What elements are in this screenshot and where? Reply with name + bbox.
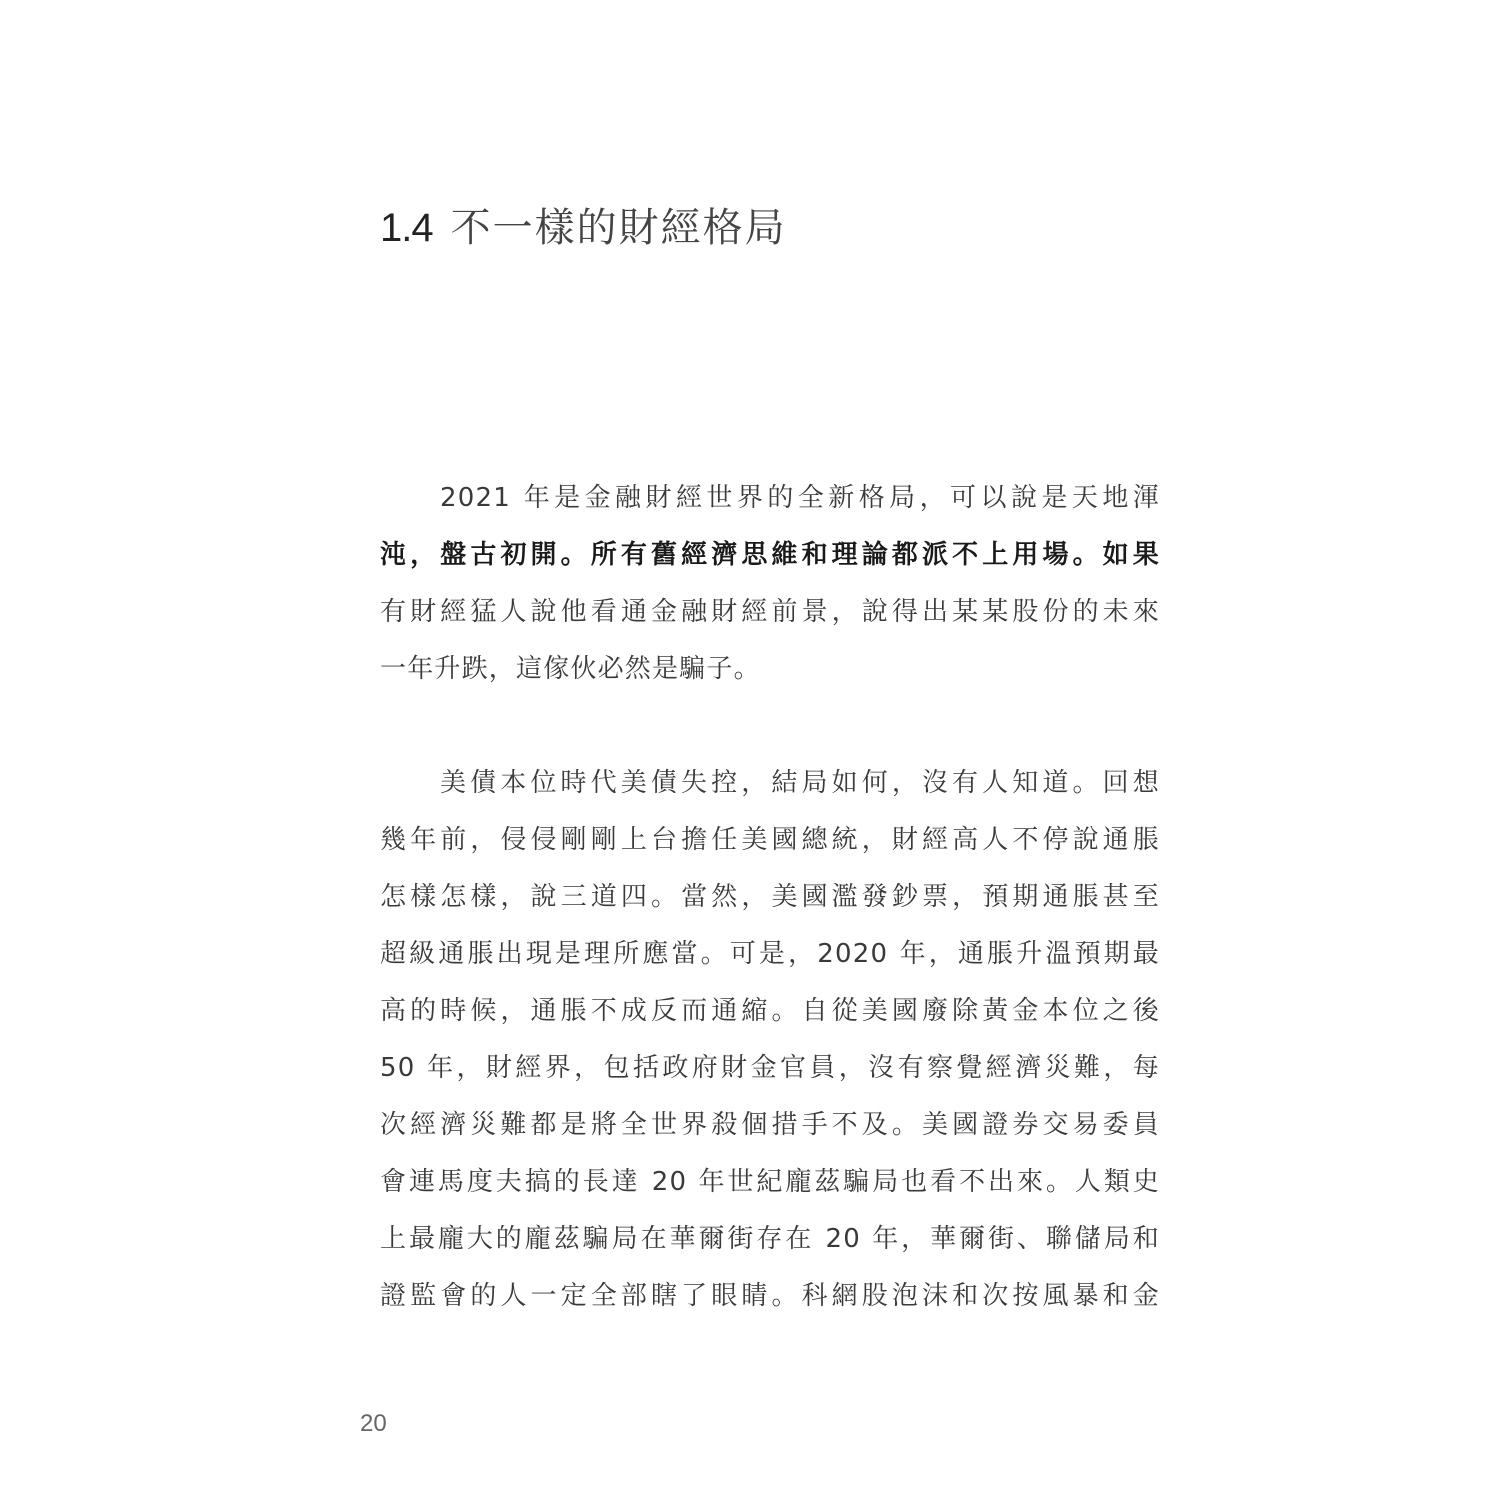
text-line: 美債本位時代美債失控，結局如何，沒有人知道。回想 xyxy=(380,755,1160,812)
text-line: 有財經猛人說他看通金融財經前景，說得出某某股份的未來 xyxy=(380,584,1160,641)
text-line: 會連馬度夫搞的長達 20 年世紀龐茲騙局也看不出來。人類史 xyxy=(380,1154,1160,1211)
text-line: 沌，盤古初開。所有舊經濟思維和理論都派不上用場。如果 xyxy=(380,527,1160,584)
chapter-heading: 1.4 不一樣的財經格局 xyxy=(380,196,787,256)
text-line: 高的時候，通脹不成反而通縮。自從美國廢除黃金本位之後 xyxy=(380,983,1160,1040)
paragraph-1: 2021 年是金融財經世界的全新格局，可以說是天地渾 沌，盤古初開。所有舊經濟思… xyxy=(380,470,1160,698)
book-page: 1.4 不一樣的財經格局 2021 年是金融財經世界的全新格局，可以說是天地渾 … xyxy=(0,0,1500,1500)
paragraph-2: 美債本位時代美債失控，結局如何，沒有人知道。回想 幾年前，侵侵剛剛上台擔任美國總… xyxy=(380,755,1160,1325)
text-line: 幾年前，侵侵剛剛上台擔任美國總統，財經高人不停說通脹 xyxy=(380,812,1160,869)
text-line: 超級通脹出現是理所應當。可是，2020 年，通脹升溫預期最 xyxy=(380,926,1160,983)
text-line: 2021 年是金融財經世界的全新格局，可以說是天地渾 xyxy=(380,470,1160,527)
chapter-title: 不一樣的財經格局 xyxy=(451,196,787,253)
text-line: 次經濟災難都是將全世界殺個措手不及。美國證券交易委員 xyxy=(380,1097,1160,1154)
text-line: 一年升跌，這傢伙必然是騙子。 xyxy=(380,641,1160,698)
page-number: 20 xyxy=(360,1410,387,1438)
chapter-number: 1.4 xyxy=(380,206,433,251)
text-line: 上最龐大的龐茲騙局在華爾街存在 20 年，華爾街、聯儲局和 xyxy=(380,1211,1160,1268)
text-line: 怎樣怎樣，說三道四。當然，美國濫發鈔票，預期通脹甚至 xyxy=(380,869,1160,926)
text-line: 50 年，財經界，包括政府財金官員，沒有察覺經濟災難，每 xyxy=(380,1040,1160,1097)
text-line: 證監會的人一定全部瞎了眼睛。科網股泡沫和次按風暴和金 xyxy=(380,1268,1160,1325)
